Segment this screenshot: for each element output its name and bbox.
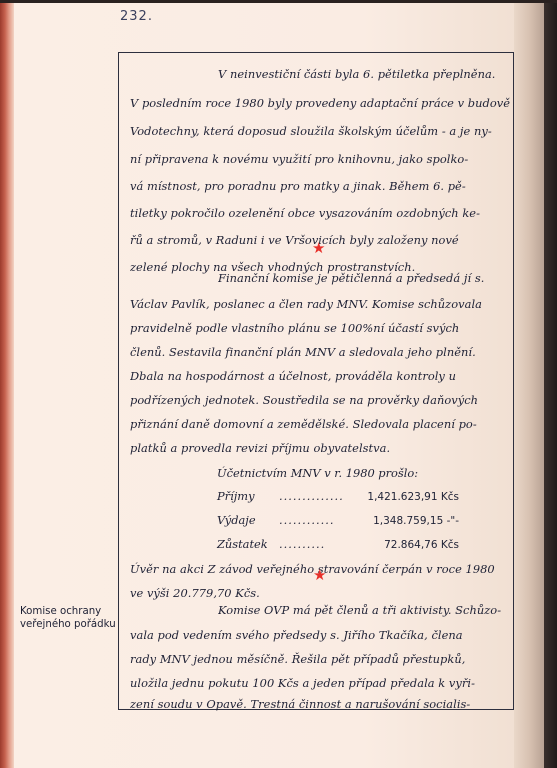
ledger-row-expenses: Výdaje............1,348.759,15 -"- [217,513,459,527]
paragraph-line: členů. Sestavila finanční plán MNV a sle… [130,345,510,359]
paragraph-line: Finanční komise je pětičlenná a předsedá… [218,271,510,285]
paragraph-line: ní připravena k novému využití pro kniho… [130,152,510,166]
page-number: 232. [120,9,153,24]
paragraph-line: pravidelně podle vlastního plánu se 100%… [130,321,510,335]
ledger-label: Zůstatek [217,537,279,551]
paragraph-line: Dbala na hospodárnost a účelnost, provád… [130,369,510,383]
paragraph-line: rady MNV jednou měsíčně. Řešila pět příp… [130,652,510,666]
ledger-label: Výdaje [217,513,279,527]
page-curl-shadow [514,3,544,768]
margin-note: Komise ochrany veřejného pořádku [20,605,116,631]
ledger-amount: 1,421.623,91 Kčs [359,491,459,503]
margin-note-line: veřejného pořádku [20,618,116,631]
paragraph-line: V posledním roce 1980 byly provedeny ada… [130,96,510,110]
ledger-amount: 1,348.759,15 -"- [359,515,459,527]
paragraph-line: ve výši 20.779,70 Kčs. [130,586,510,600]
paragraph-line: Václav Pavlík, poslanec a člen rady MNV.… [130,297,510,311]
ledger-amount: 72.864,76 Kčs [359,539,459,551]
ledger-dots: .............. [279,489,359,503]
paragraph-line: platků a provedla revizi příjmu obyvatel… [130,441,510,455]
ledger-dots: .......... [279,537,359,551]
red-star-icon: ★ [313,568,326,583]
paragraph-line: přiznání daně domovní a zemědělské. Sled… [130,417,510,431]
ledger-row-balance: Zůstatek..........72.864,76 Kčs [217,537,459,551]
paragraph-line: zení soudu v Opavě. Trestná činnost a na… [130,697,510,711]
red-star-icon: ★ [312,241,325,256]
paragraph-line: podřízených jednotek. Soustředila se na … [130,393,510,407]
book-spine-edge [0,0,14,768]
ledger-label: Příjmy [217,489,279,503]
paragraph-line: vá místnost, pro poradnu pro matky a jin… [130,179,510,193]
ledger-dots: ............ [279,513,359,527]
ledger-heading: Účetnictvím MNV v r. 1980 prošlo: [217,466,418,480]
paragraph-line: Komise OVP má pět členů a tři aktivisty.… [218,603,510,617]
paragraph-line: uložila jednu pokutu 100 Kčs a jeden pří… [130,676,510,690]
margin-note-line: Komise ochrany [20,605,116,618]
paragraph-line: V neinvestiční části byla 6. pětiletka p… [218,67,510,81]
paragraph-line: tiletky pokročilo ozelenění obce vysazov… [130,206,510,220]
ledger-row-income: Příjmy..............1,421.623,91 Kčs [217,489,459,503]
book-binding-edge [544,0,557,768]
paragraph-line: Vodotechny, která doposud sloužila škols… [130,124,510,138]
paragraph-line: vala pod vedením svého předsedy s. Jiříh… [130,628,510,642]
scan-top-edge [0,0,557,3]
